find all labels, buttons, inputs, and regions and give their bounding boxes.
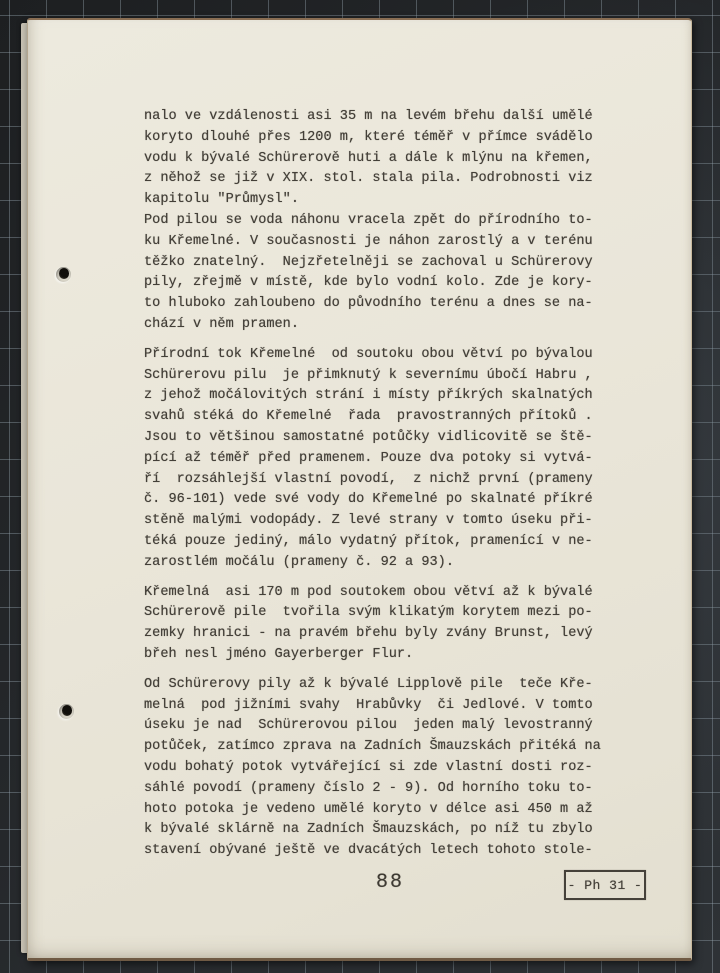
text-line: kapitolu "Průmysl". — [144, 190, 622, 211]
text-line: Pod pilou se voda náhonu vracela zpět do… — [144, 211, 622, 232]
punch-hole-top — [56, 267, 71, 282]
text-line: č. 96-101) vede své vody do Křemelné po … — [144, 490, 622, 511]
text-line: vodu k bývalé Schürerově huti a dále k m… — [144, 149, 622, 170]
text-line: břeh nesl jméno Gayerberger Flur. — [144, 645, 622, 666]
text-line: ku Křemelné. V současnosti je náhon zaro… — [144, 232, 622, 253]
typewritten-text-block: nalo ve vzdálenosti asi 35 m na levém bř… — [144, 107, 622, 862]
text-line: z jehož močálovitých strání i místy přík… — [144, 386, 622, 407]
paragraph: Od Schürerovy pily až k bývalé Lipplově … — [144, 675, 622, 862]
scanned-document-page: { "document": { "language": "cs", "kind"… — [0, 0, 720, 973]
text-line: Schürerovu pilu je přimknutý k severnímu… — [144, 366, 622, 387]
text-line: Schürerově pile tvořila svým klikatým ko… — [144, 603, 622, 624]
text-line: zarostlém močálu (prameny č. 92 a 93). — [144, 553, 622, 574]
text-line: Křemelná asi 170 m pod soutokem obou vět… — [144, 583, 622, 604]
punch-hole-bottom — [59, 704, 74, 719]
text-line: koryto dlouhé přes 1200 m, které téměř v… — [144, 128, 622, 149]
text-line: chází v něm pramen. — [144, 315, 622, 336]
text-line: pily, zřejmě v místě, kde bylo vodní kol… — [144, 273, 622, 294]
text-line: Od Schürerovy pily až k bývalé Lipplově … — [144, 675, 622, 696]
text-line: stěně malými vodopády. Z levé strany v t… — [144, 511, 622, 532]
text-line: nalo ve vzdálenosti asi 35 m na levém bř… — [144, 107, 622, 128]
text-line: vodu bohatý potok vytvářející si zde vla… — [144, 758, 622, 779]
page-number: 88 — [360, 871, 420, 894]
paragraph: nalo ve vzdálenosti asi 35 m na levém bř… — [144, 107, 622, 211]
text-line: svahů stéká do Křemelné řada pravostrann… — [144, 407, 622, 428]
text-line: téká pouze jediný, málo vydatný přítok, … — [144, 532, 622, 553]
text-line: sáhlé povodí (prameny číslo 2 - 9). Od h… — [144, 779, 622, 800]
paragraph: Křemelná asi 170 m pod soutokem obou vět… — [144, 583, 622, 666]
paragraph: Pod pilou se voda náhonu vracela zpět do… — [144, 211, 622, 336]
paragraph: Přírodní tok Křemelné od soutoku obou vě… — [144, 345, 622, 574]
text-line: stavení obývané ještě ve dvacátých letec… — [144, 841, 622, 862]
text-line: z něhož se již v XIX. stol. stala pila. … — [144, 169, 622, 190]
text-line: ří rozsáhlejší vlastní povodí, z nichž p… — [144, 470, 622, 491]
text-line: hoto potoka je vedeno umělé koryto v dél… — [144, 800, 622, 821]
text-line: zemky hranici - na pravém břehu byly zvá… — [144, 624, 622, 645]
text-line: potůček, zatímco zprava na Zadních Šmauz… — [144, 737, 622, 758]
text-line: úseku je nad Schürerovou pilou jeden mal… — [144, 716, 622, 737]
text-line: Přírodní tok Křemelné od soutoku obou vě… — [144, 345, 622, 366]
text-line: pící až téměř před pramenem. Pouze dva p… — [144, 449, 622, 470]
text-line: těžko znatelný. Nejzřetelněji se zachova… — [144, 253, 622, 274]
stamp-box: - Ph 31 - — [564, 870, 646, 900]
stamp-label: - Ph 31 - — [568, 878, 643, 893]
text-line: k bývalé sklárně na Zadních Šmauzskách, … — [144, 820, 622, 841]
paper-sheet: nalo ve vzdálenosti asi 35 m na levém bř… — [27, 18, 692, 961]
text-line: to hluboko zahloubeno do původního terén… — [144, 294, 622, 315]
text-line: melná pod jižními svahy Hrabůvky či Jedl… — [144, 696, 622, 717]
text-line: Jsou to většinou samostatné potůčky vidl… — [144, 428, 622, 449]
